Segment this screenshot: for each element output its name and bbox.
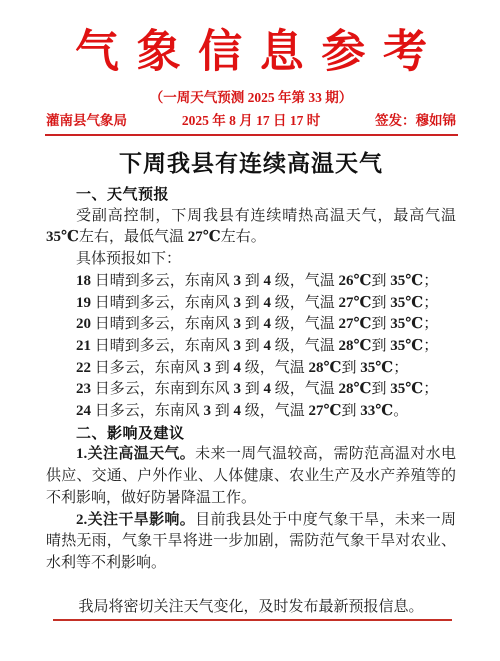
masthead-info-row: 灌南县气象局 2025 年 8 月 17 日 17 时 签发：穆如锦 [46,113,456,129]
document-title: 下周我县有连续高温天气 [46,149,456,177]
forecast-line-19: 19 日晴到多云，东南风 3 到 4 级，气温 27℃到 35℃； [46,293,456,315]
impact-item-2-lead: 2.关注干旱影响。 [76,512,195,528]
impact-item-2: 2.关注干旱影响。目前我县处于中度气象干旱，未来一周晴热无雨，气象干旱将进一步加… [46,510,456,575]
document-body: 一、天气预报 受副高控制，下周我县有连续晴热高温天气，最高气温 35℃左右，最低… [46,184,456,621]
section1-intro-paragraph: 受副高控制，下周我县有连续晴热高温天气，最高气温 35℃左右，最低气温 27℃左… [46,206,456,249]
forecast-line-21: 21 日晴到多云，东南风 3 到 4 级，气温 28℃到 35℃； [46,336,456,358]
closing-statement: 我局将密切关注天气变化，及时发布最新预报信息。 [46,597,456,619]
forecast-line-22: 22 日多云，东南风 3 到 4 级，气温 28℃到 35℃； [46,358,456,380]
agency-name: 灌南县气象局 [46,113,127,129]
forecast-lead: 具体预报如下： [46,249,456,271]
issue-datetime: 2025 年 8 月 17 日 17 时 [182,113,320,129]
section2-heading: 二、影响及建议 [46,423,456,445]
issuer-signature: 签发：穆如锦 [375,113,456,129]
bulletin-page: 气象信息参考 （一周天气预测 2025 年第 33 期） 灌南县气象局 2025… [0,0,500,661]
header-rule [45,134,458,136]
impact-item-1-lead: 1.关注高温天气。 [76,446,195,462]
issue-line: （一周天气预测 2025 年第 33 期） [46,90,456,106]
footer-rule [53,619,452,621]
section1-heading: 一、天气预报 [46,184,456,206]
forecast-line-18: 18 日晴到多云，东南风 3 到 4 级，气温 26℃到 35℃； [46,271,456,293]
forecast-line-24: 24 日多云，东南风 3 到 4 级，气温 27℃到 33℃。 [46,401,456,423]
impact-item-1: 1.关注高温天气。未来一周气温较高，需防范高温对水电供应、交通、户外作业、人体健… [46,444,456,509]
forecast-line-23: 23 日多云，东南到东风 3 到 4 级，气温 28℃到 35℃； [46,379,456,401]
masthead-title: 气象信息参考 [46,30,456,75]
forecast-line-20: 20 日晴到多云，东南风 3 到 4 级，气温 27℃到 35℃； [46,314,456,336]
